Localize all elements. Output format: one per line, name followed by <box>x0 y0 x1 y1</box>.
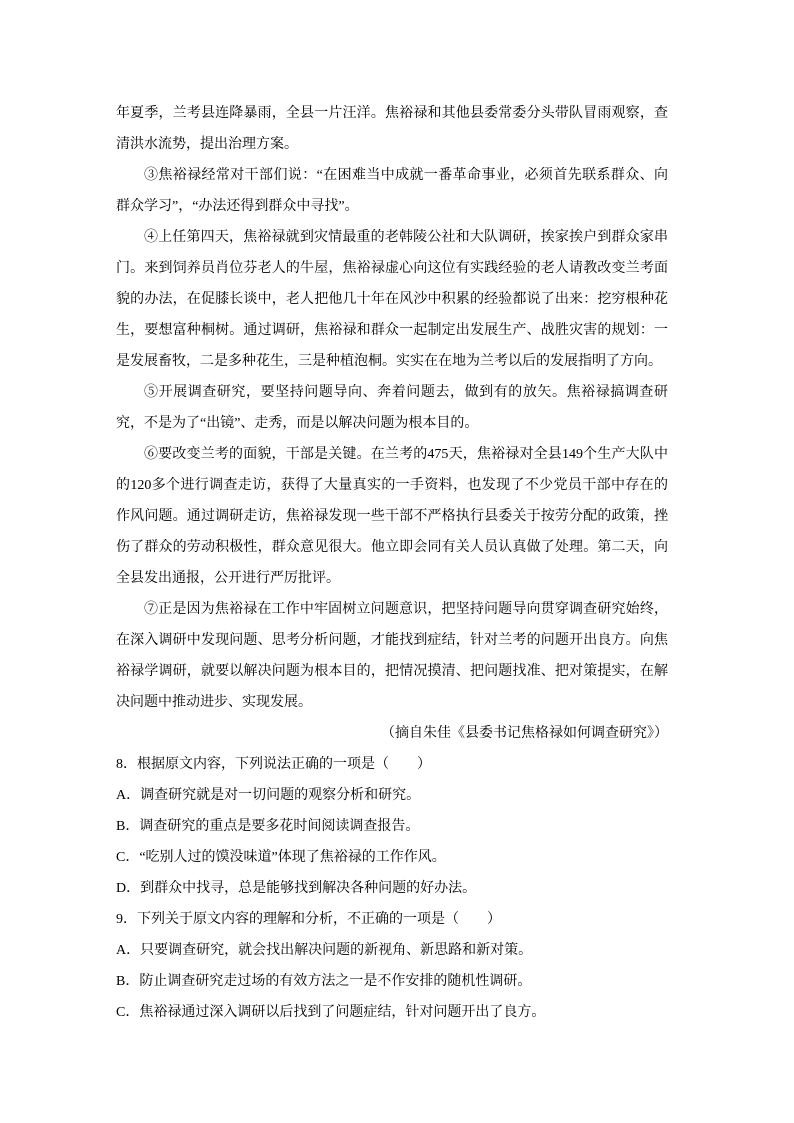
paragraph-5: ⑤开展调查研究，要坚持问题导向、奔着问题去，做到有的放矢。焦裕禄搞调查研究，不是… <box>116 377 668 439</box>
text-block: 年夏季，兰考县连降暴雨，全县一片汪洋。焦裕禄和其他县委常委分头带队冒雨观察，查清… <box>116 98 668 1028</box>
source-attribution: （摘自朱佳《县委书记焦格禄如何调查研究》） <box>116 718 668 749</box>
paragraph-3: ③焦裕禄经常对干部们说：“在困难当中成就一番革命事业，必须首先联系群众、向群众学… <box>116 160 668 222</box>
question-8-prompt: 8．根据原文内容，下列说法正确的一项是（ ） <box>116 749 668 780</box>
question-9-prompt: 9．下列关于原文内容的理解和分析，不正确的一项是（ ） <box>116 904 668 935</box>
question-9-option-b: B．防止调查研究走过场的有效方法之一是不作安排的随机性调研。 <box>116 966 668 997</box>
paragraph-6: ⑥要改变兰考的面貌，干部是关键。在兰考的475天，焦裕禄对全县149个生产大队中… <box>116 439 668 594</box>
question-8-option-b: B．调查研究的重点是要多花时间阅读调查报告。 <box>116 811 668 842</box>
question-9-option-a: A．只要调查研究，就会找出解决问题的新视角、新思路和新对策。 <box>116 935 668 966</box>
question-9-option-c: C．焦裕禄通过深入调研以后找到了问题症结，针对问题开出了良方。 <box>116 997 668 1028</box>
question-8-option-c: C．“吃别人过的馍没味道”体现了焦裕禄的工作作风。 <box>116 842 668 873</box>
paragraph-7: ⑦正是因为焦裕禄在工作中牢固树立问题意识，把坚持问题导向贯穿调查研究始终，在深入… <box>116 594 668 718</box>
question-8-option-d: D．到群众中找寻，总是能够找到解决各种问题的好办法。 <box>116 873 668 904</box>
question-8-option-a: A．调查研究就是对一切问题的观察分析和研究。 <box>116 780 668 811</box>
paragraph-2-continuation: 年夏季，兰考县连降暴雨，全县一片汪洋。焦裕禄和其他县委常委分头带队冒雨观察，查清… <box>116 98 668 160</box>
document-page: 年夏季，兰考县连降暴雨，全县一片汪洋。焦裕禄和其他县委常委分头带队冒雨观察，查清… <box>0 0 794 1123</box>
paragraph-4: ④上任第四天，焦裕禄就到灾情最重的老韩陵公社和大队调研，挨家挨户到群众家串门。来… <box>116 222 668 377</box>
